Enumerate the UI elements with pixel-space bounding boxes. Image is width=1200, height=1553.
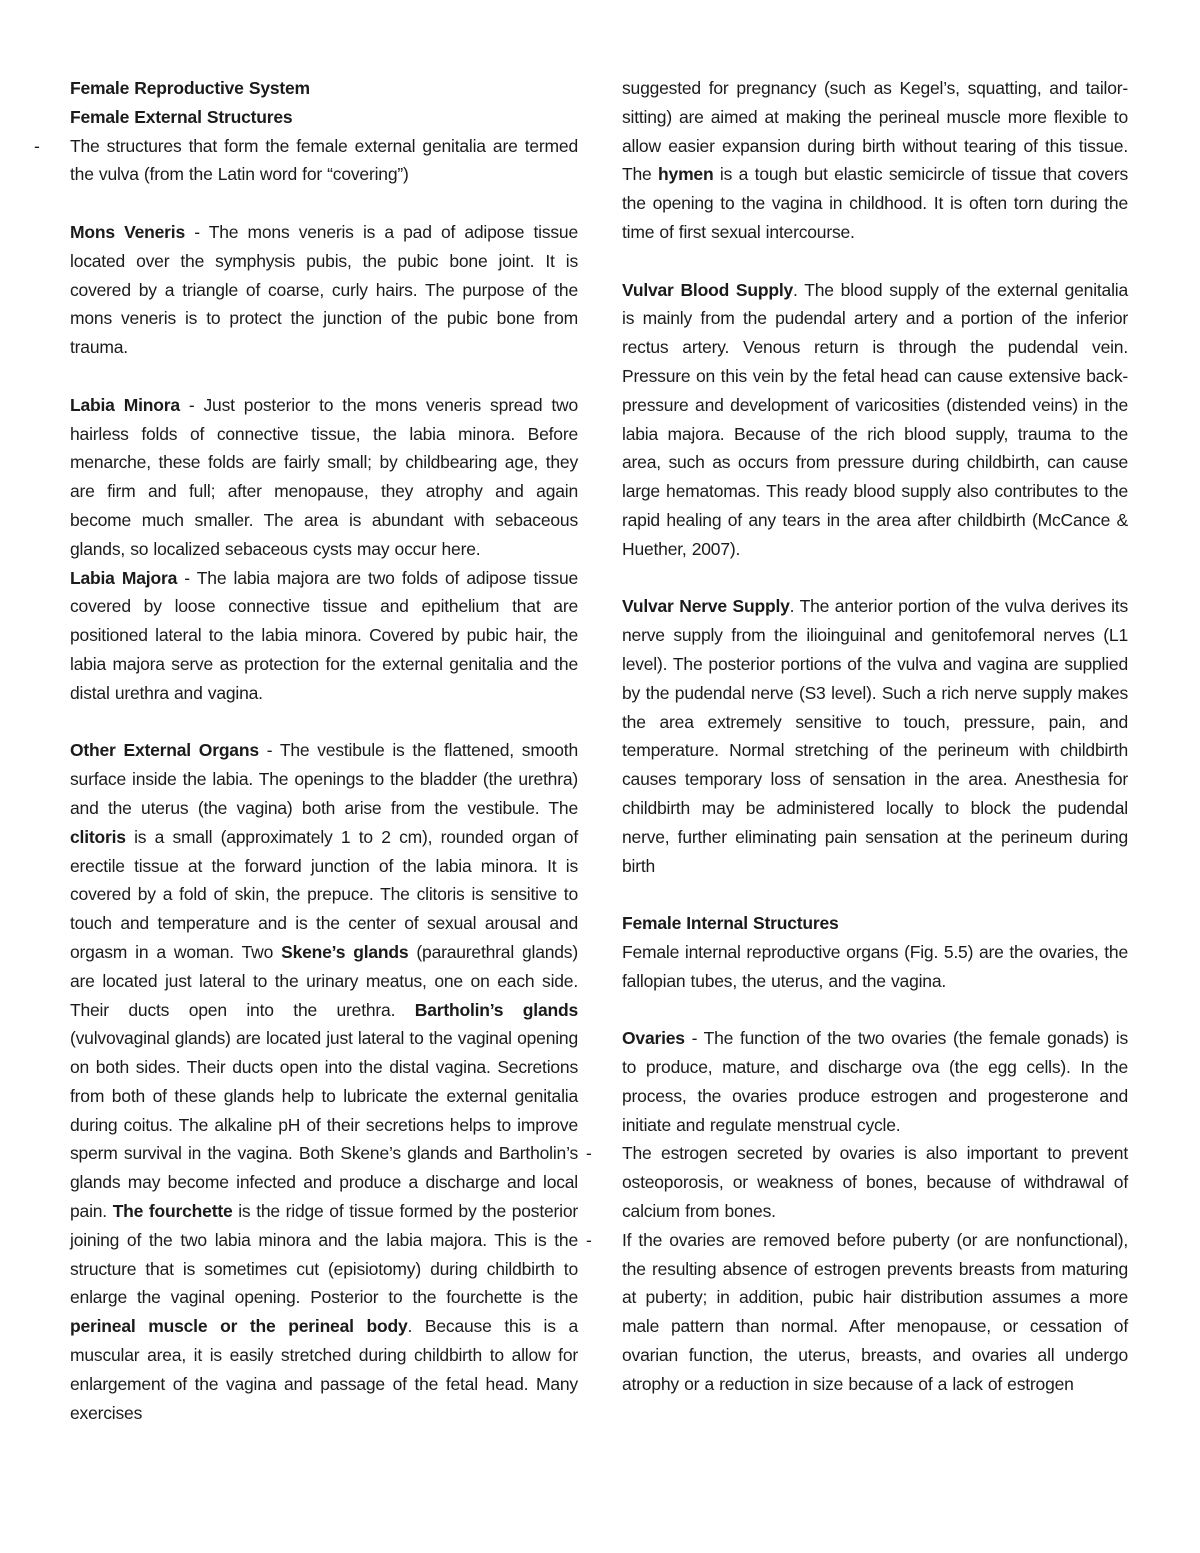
text-run: Female internal reproductive organs (Fig…: [622, 942, 1128, 991]
text-run: - The mons veneris is a pad of adipose t…: [70, 222, 578, 357]
text-run: . The blood supply of the external genit…: [622, 280, 1128, 559]
heading: Female External Structures: [70, 103, 578, 132]
column-left: Female Reproductive SystemFemale Externa…: [70, 74, 578, 1427]
bullet-dash: -: [34, 132, 64, 161]
paragraph: -The estrogen secreted by ovaries is als…: [622, 1139, 1128, 1225]
paragraph: Mons Veneris - The mons veneris is a pad…: [70, 218, 578, 362]
text-run: Mons Veneris: [70, 222, 185, 242]
text-run: (vulvovaginal glands) are located just l…: [70, 1028, 578, 1221]
text-run: Ovaries: [622, 1028, 685, 1048]
text-run: Female Reproductive System: [70, 78, 310, 98]
bullet-dash: -: [586, 1226, 616, 1255]
text-run: . The anterior portion of the vulva deri…: [622, 596, 1128, 875]
paragraph: -If the ovaries are removed before puber…: [622, 1226, 1128, 1399]
paragraph: Labia Minora - Just posterior to the mon…: [70, 391, 578, 564]
text-run: The fourchette: [113, 1201, 233, 1221]
text-run: Vulvar Nerve Supply: [622, 596, 790, 616]
text-run: - Just posterior to the mons veneris spr…: [70, 395, 578, 559]
text-run: The estrogen secreted by ovaries is also…: [622, 1143, 1128, 1221]
heading: Female Internal Structures: [622, 909, 1128, 938]
paragraph: Female internal reproductive organs (Fig…: [622, 938, 1128, 996]
paragraph: Vulvar Blood Supply. The blood supply of…: [622, 276, 1128, 564]
paragraph: Ovaries - The function of the two ovarie…: [622, 1024, 1128, 1139]
paragraph: Vulvar Nerve Supply. The anterior portio…: [622, 592, 1128, 880]
text-run: Bartholin’s glands: [415, 1000, 578, 1020]
text-run: perineal muscle or the perineal body: [70, 1316, 408, 1336]
paragraph: suggested for pregnancy (such as Kegel’s…: [622, 74, 1128, 247]
paragraph: Labia Majora - The labia majora are two …: [70, 564, 578, 708]
text-run: clitoris: [70, 827, 126, 847]
text-run: If the ovaries are removed before pubert…: [622, 1230, 1128, 1394]
text-run: The structures that form the female exte…: [70, 136, 578, 185]
paragraph: -The structures that form the female ext…: [70, 132, 578, 190]
column-right: suggested for pregnancy (such as Kegel’s…: [622, 74, 1128, 1399]
bullet-dash: -: [586, 1139, 616, 1168]
text-run: hymen: [658, 164, 713, 184]
text-run: Labia Majora: [70, 568, 177, 588]
text-run: Skene’s glands: [281, 942, 408, 962]
text-run: Labia Minora: [70, 395, 180, 415]
paragraph: Other External Organs - The vestibule is…: [70, 736, 578, 1427]
text-run: Other External Organs: [70, 740, 259, 760]
document-page: Female Reproductive SystemFemale Externa…: [0, 0, 1200, 1553]
text-run: Female Internal Structures: [622, 913, 839, 933]
heading: Female Reproductive System: [70, 74, 578, 103]
text-run: Vulvar Blood Supply: [622, 280, 793, 300]
text-run: - The function of the two ovaries (the f…: [622, 1028, 1128, 1134]
text-run: Female External Structures: [70, 107, 292, 127]
